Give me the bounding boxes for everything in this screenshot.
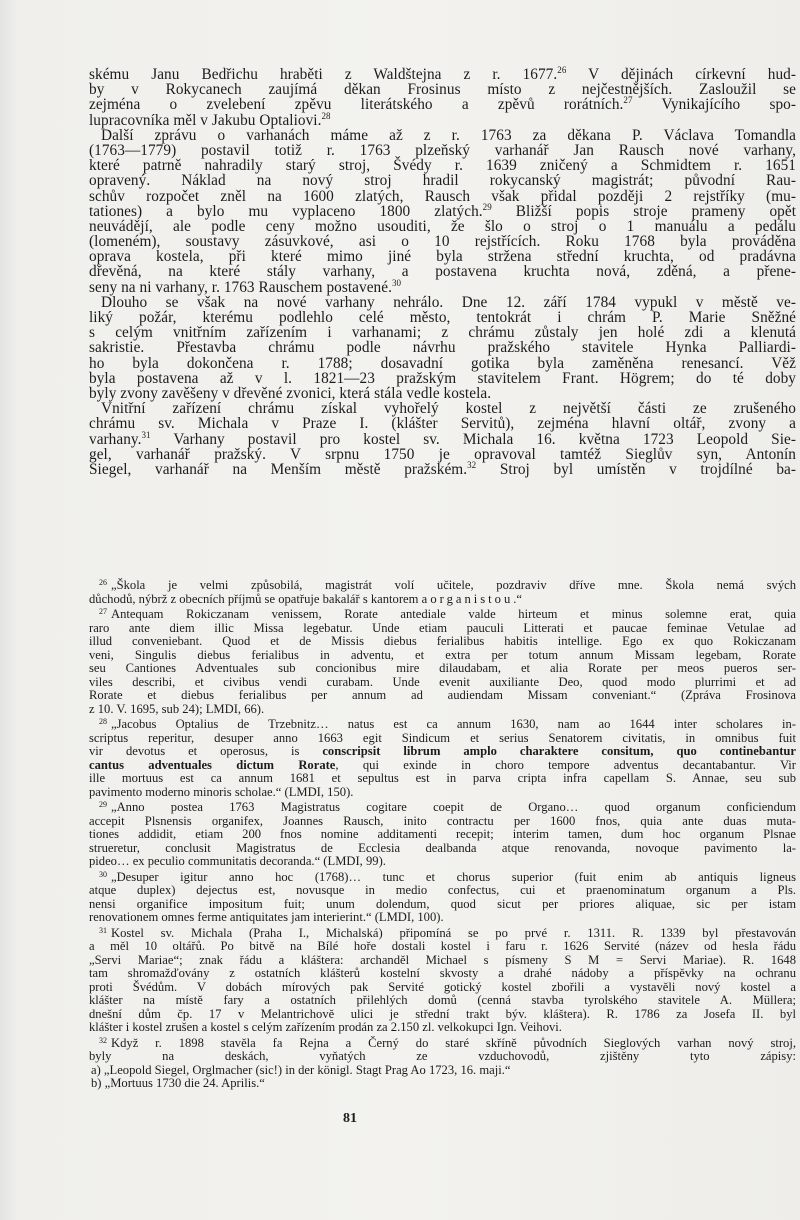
footnote-line: renovationem omnes ferme antiquitates ja… (89, 911, 796, 925)
footnote-ref: 30 (392, 278, 401, 288)
footnote-number: 29 (99, 800, 107, 809)
footnote-line: klášter i kostel zrušen a kostel s celým… (89, 1021, 796, 1035)
text-line: neuvádějí, ale podle ceny možno usouditi… (89, 219, 796, 234)
footnote-line: pideo… ex peculio communitatis decoranda… (89, 855, 796, 869)
footnote-ref: 26 (557, 65, 566, 75)
footnote-32: 32Když r. 1898 stavěla fa Rejna a Černý … (89, 1037, 796, 1091)
footnote-line: 29„Anno postea 1763 Magistratus cogitare… (89, 801, 796, 815)
text-line: lupracovníka měl v Jakubu Optaliovi.28 (89, 113, 796, 128)
page-number: 81 (0, 1111, 700, 1127)
text-line: Vnitřní zařízení chrámu získal vyhořelý … (89, 401, 796, 416)
text-line: skému Janu Bedřichu hraběti z Waldštejna… (89, 67, 796, 82)
footnote-line: pavimento moderno minoris scholae.“ (LMD… (89, 786, 796, 800)
footnote-line: viles describi, et civibus vendi curabam… (89, 676, 796, 690)
footnote-line: klášter na místě fary a ostatních přileh… (89, 994, 796, 1008)
footnote-ref: 27 (623, 95, 632, 105)
body-text: skému Janu Bedřichu hraběti z Waldštejna… (89, 67, 796, 477)
paragraph: Další zprávu o varhanách máme až z r. 17… (89, 128, 796, 295)
footnote-line: 28„Jacobus Optalius de Trzebnitz… natus … (89, 718, 796, 732)
text-line: které patrně nahradily starý stroj, Švéd… (89, 158, 796, 173)
footnote-line: nensi organifice impositum fuit; unum do… (89, 898, 796, 912)
text-line: s celým vnitřním zařízením i varhanami; … (89, 325, 796, 340)
footnote-line: ille mortuus est ca annum 1681 et sepult… (89, 772, 796, 786)
text-line: liký požár, kterému podlehlo celé město,… (89, 310, 796, 325)
paragraph: Vnitřní zařízení chrámu získal vyhořelý … (89, 401, 796, 477)
footnote-line: byly na deskách, vyňatých ze vzduchovodů… (89, 1050, 796, 1064)
footnote-line: důchodů, nýbrž z obecních příjmů se opat… (89, 593, 796, 607)
paragraph: skému Janu Bedřichu hraběti z Waldštejna… (89, 67, 796, 128)
text-line: (lomeném), soustavy zásuvkové, asi o 10 … (89, 234, 796, 249)
footnote-line: dnešní dům čp. 17 v Melantrichově ulici … (89, 1008, 796, 1022)
footnote-number: 32 (99, 1036, 107, 1045)
spaced-emphasis: organistou (430, 592, 513, 606)
footnote-line: raro ante diem illic Missa legebatur. Un… (89, 622, 796, 636)
footnote-ref: 29 (483, 202, 492, 212)
footnote-line: 27Antequam Rokiczanam venissem, Rorate a… (89, 608, 796, 622)
bold-phrase: cantus adventuales dictum Rorate (89, 758, 335, 772)
footnote-ref: 32 (467, 460, 476, 470)
footnote-ref: 28 (321, 111, 330, 121)
footnote-line: illud conveniebant. Quod et de Missis di… (89, 635, 796, 649)
paragraph: Dlouho se však na nové varhany nehrálo. … (89, 295, 796, 401)
footnote-number: 26 (99, 578, 107, 587)
footnote-line: proti Švédům. V dobách mírových pak Serv… (89, 981, 796, 995)
footnote-26: 26„Škola je velmi způsobilá, magistrát v… (89, 579, 796, 606)
footnote-ref: 31 (142, 430, 151, 440)
footnote-line: strueretur, conclusit Magistratus de Ecc… (89, 842, 796, 856)
footnote-line: tam shromažďovány z ostatních klášterů k… (89, 967, 796, 981)
footnote-line: vir devotus et operosus, is conscripsit … (89, 745, 796, 759)
footnote-27: 27Antequam Rokiczanam venissem, Rorate a… (89, 608, 796, 716)
footnote-line: 31Kostel sv. Michala (Praha I., Michalsk… (89, 927, 796, 941)
text-line: gel, varhanář pražský. V srpnu 1750 je o… (89, 447, 796, 462)
footnote-line: accepit Plsnensis organifex, Joannes Rau… (89, 815, 796, 829)
text-line: Další zprávu o varhanách máme až z r. 17… (89, 128, 796, 143)
footnote-30: 30„Desuper igitur anno hoc (1768)… tunc … (89, 871, 796, 925)
footnote-29: 29„Anno postea 1763 Magistratus cogitare… (89, 801, 796, 869)
footnote-line: cantus adventuales dictum Rorate, qui ex… (89, 759, 796, 773)
text-line: dřevěná, na které stály varhany, a posta… (89, 264, 796, 279)
text-line: schův rozpočet zněl na 1600 zlatých, Rau… (89, 189, 796, 204)
text-line: tationes) a bylo mu vyplaceno 1800 zlatý… (89, 204, 796, 219)
text-line: byla postavena až v l. 1821—23 pražským … (89, 371, 796, 386)
text-line: oprava kostela, při které mimo jiné byla… (89, 249, 796, 264)
footnote-line: z 10. V. 1695, sub 24); LMDI, 66). (89, 703, 796, 717)
footnote-number: 31 (99, 926, 107, 935)
text-line: seny na ni varhany, r. 1763 Rauschem pos… (89, 280, 796, 295)
footnote-31: 31Kostel sv. Michala (Praha I., Michalsk… (89, 927, 796, 1035)
text-line: chrámu sv. Michala v Praze I. (klášter S… (89, 416, 796, 431)
footnote-line: a) „Leopold Siegel, Orglmacher (sic!) in… (89, 1064, 796, 1078)
text-line: opravený. Náklad na nový stroj hradil ro… (89, 173, 796, 188)
footnote-line: tiones addidit, etiam 200 fnos nomine ad… (89, 828, 796, 842)
bold-phrase: conscripsit librum amplo charaktere cons… (322, 744, 796, 758)
footnote-number: 27 (99, 607, 107, 616)
footnote-line: atque duplex) dejectus est, novusque in … (89, 884, 796, 898)
text-line: byly zvony zavěšeny v dřevěné zvonici, k… (89, 386, 796, 401)
text-line: zejména o zvelebení zpěvu literátského a… (89, 97, 796, 112)
text-line: varhany.31 Varhany postavil pro kostel s… (89, 432, 796, 447)
text-line: (1763—1779) postavil totiž r. 1763 plzeň… (89, 143, 796, 158)
footnote-line: 26„Škola je velmi způsobilá, magistrát v… (89, 579, 796, 593)
footnote-line: a měl 10 oltářů. Po bitvě na Bílé hoře d… (89, 940, 796, 954)
footnotes: 26„Škola je velmi způsobilá, magistrát v… (89, 579, 796, 1091)
footnote-28: 28„Jacobus Optalius de Trzebnitz… natus … (89, 718, 796, 799)
text-line: Siegel, varhanář na Menším městě pražské… (89, 462, 796, 477)
footnote-line: b) „Mortuus 1730 die 24. Aprilis.“ (89, 1077, 796, 1091)
footnote-number: 28 (99, 717, 107, 726)
footnote-number: 30 (99, 870, 107, 879)
text-line: sakristie. Přestavba chrámu podle návrhu… (89, 340, 796, 355)
footnote-line: „Servi Mariae“; znak řádu a kláštera: ar… (89, 954, 796, 968)
footnote-line: veni, Singulis diebus ferialibus in adve… (89, 649, 796, 663)
footnote-line: 30„Desuper igitur anno hoc (1768)… tunc … (89, 871, 796, 885)
footnote-line: Rorate et diebus ferialibus per annum ad… (89, 689, 796, 703)
footnote-line: seu Cantiones Adventuales sub concionibu… (89, 662, 796, 676)
footnote-line: scriptus reperitur, desuper anno 1663 eg… (89, 732, 796, 746)
text-line: ho byla dokončena r. 1788; dosavadní got… (89, 356, 796, 371)
footnote-line: 32Když r. 1898 stavěla fa Rejna a Černý … (89, 1037, 796, 1051)
text-line: Dlouho se však na nové varhany nehrálo. … (89, 295, 796, 310)
